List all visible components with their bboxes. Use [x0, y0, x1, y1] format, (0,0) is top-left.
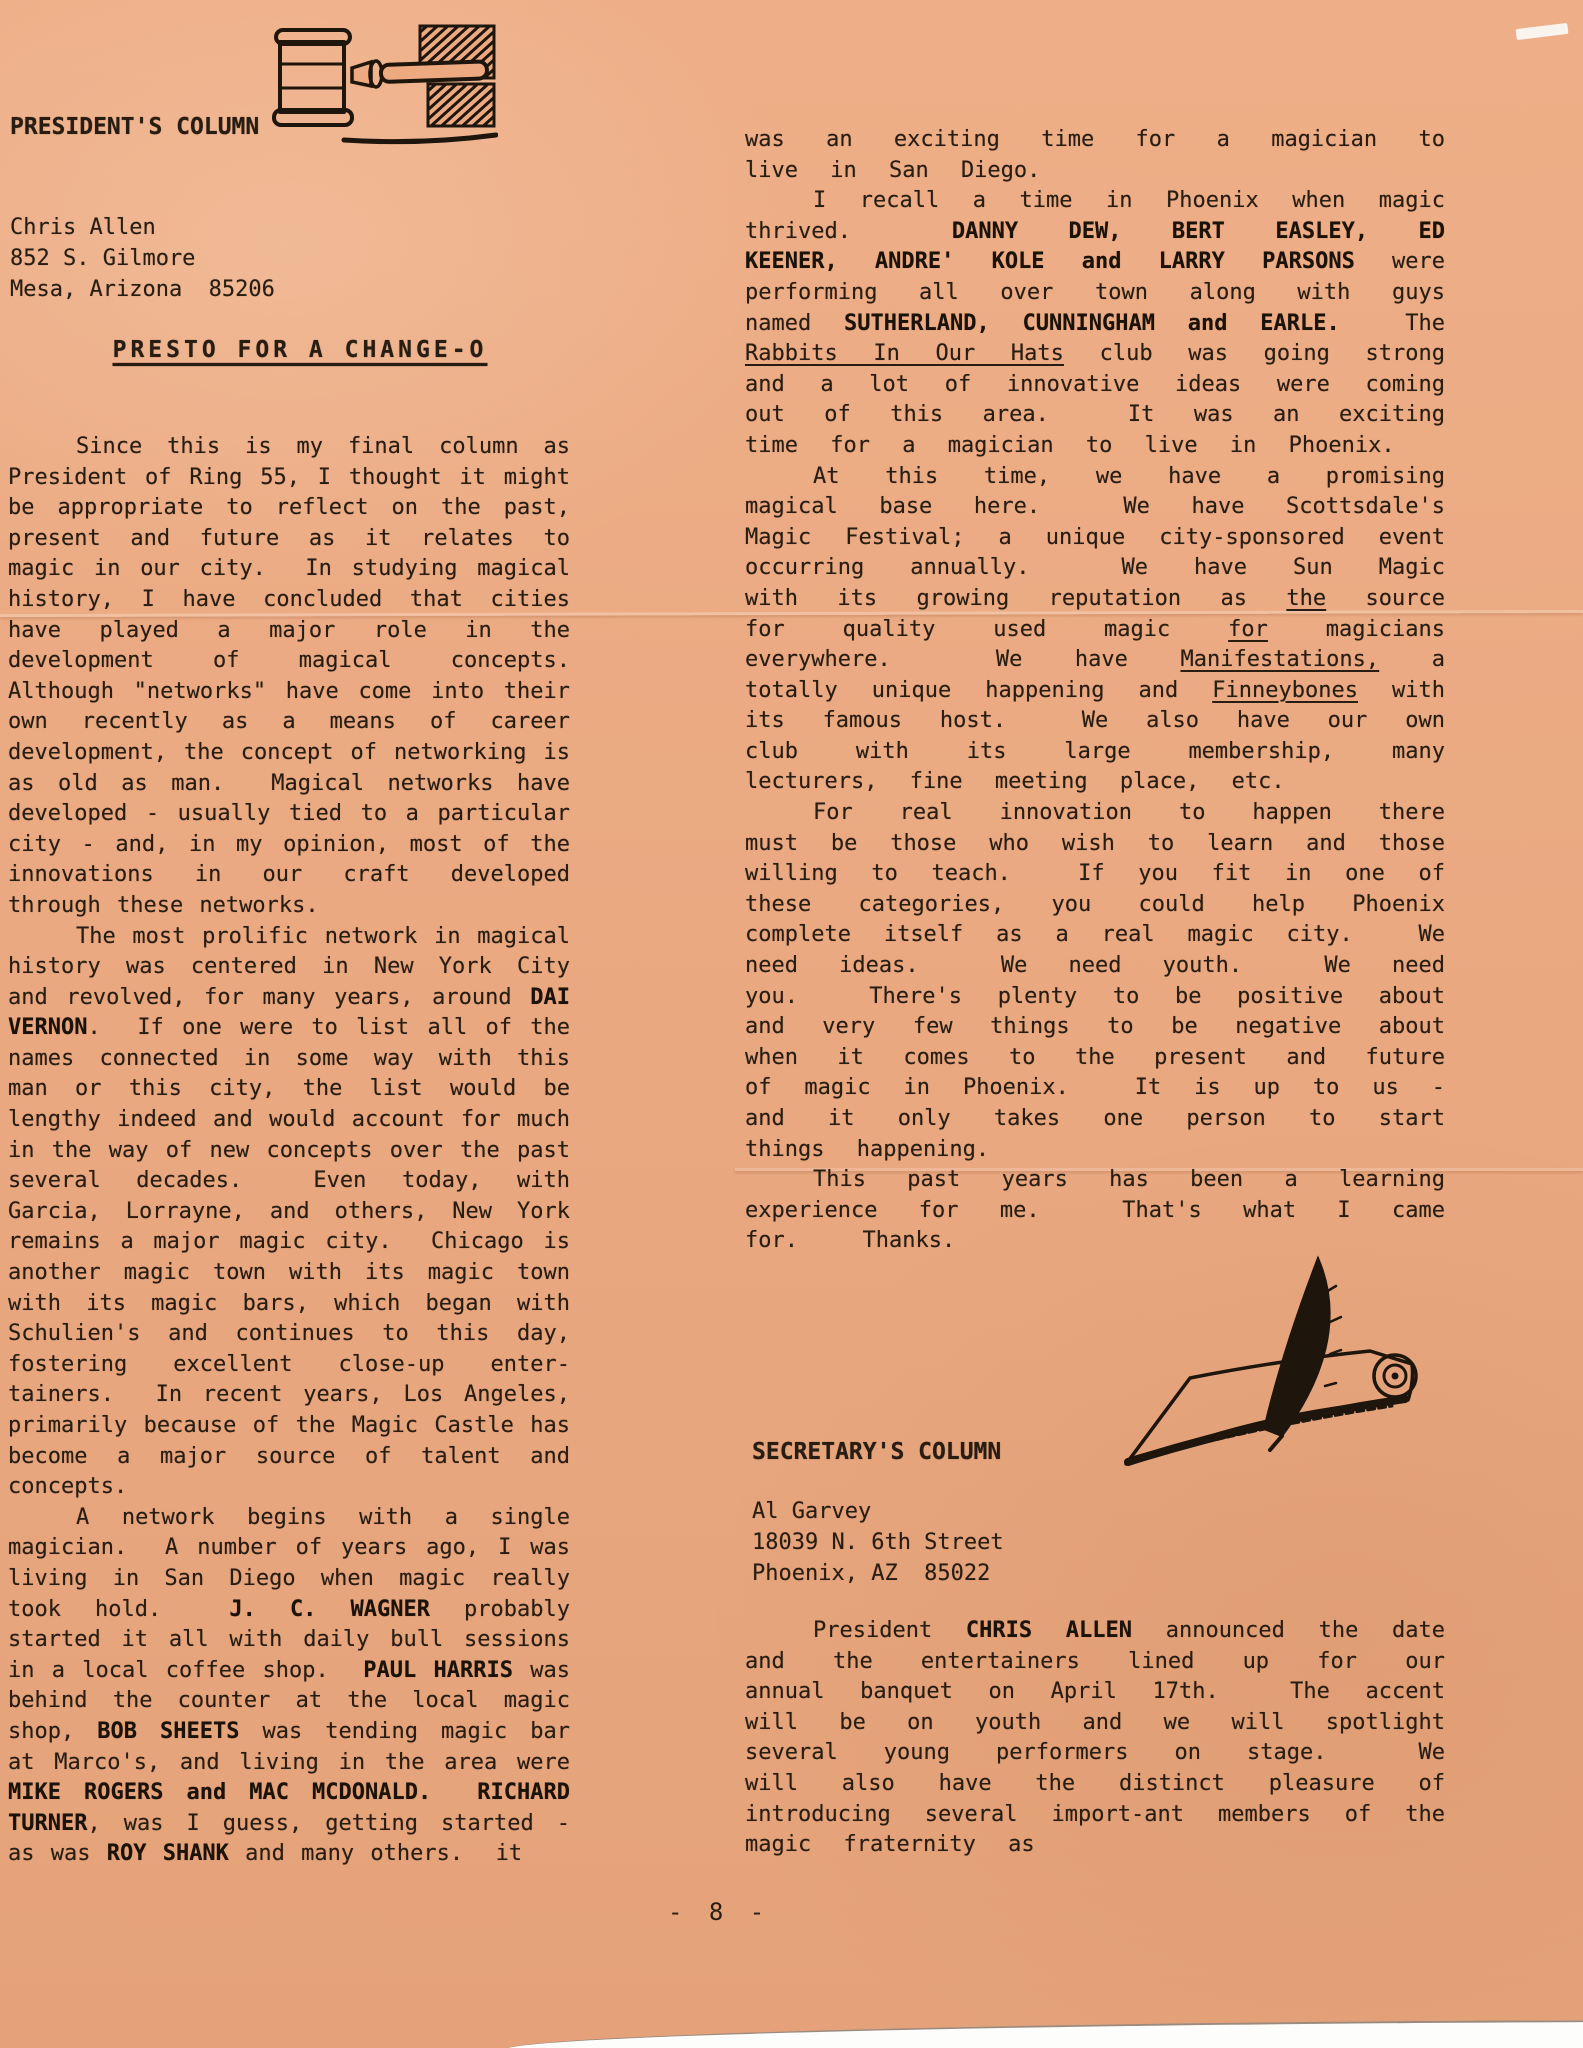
- president-author-street: 852 S. Gilmore: [10, 243, 275, 274]
- paragraph: I recall a time in Phoenix when magic th…: [745, 186, 1445, 461]
- paragraph: At this time, we have a promising magica…: [745, 462, 1445, 799]
- president-author-name: Chris Allen: [10, 212, 275, 243]
- paragraph: Since this is my final column as Preside…: [8, 432, 570, 922]
- president-author-city: Mesa, Arizona 85206: [10, 274, 275, 305]
- page-number: - 8 -: [668, 1898, 770, 1926]
- secretary-author-street: 18039 N. 6th Street: [752, 1527, 1004, 1558]
- president-column-continued: was an exciting time for a magician to l…: [745, 125, 1445, 1257]
- paragraph: The most prolific network in magical his…: [8, 922, 570, 1503]
- paragraph: A network begins with a single magician.…: [8, 1503, 570, 1870]
- secretary-author-city: Phoenix, AZ 85022: [752, 1558, 1004, 1589]
- president-column-body: Since this is my final column as Preside…: [8, 432, 570, 1870]
- secretary-author-block: Al Garvey 18039 N. 6th Street Phoenix, A…: [752, 1496, 1004, 1589]
- secretary-column-body: President CHRIS ALLEN announced the date…: [745, 1616, 1445, 1861]
- scan-edge-bottom: [505, 2020, 1583, 2048]
- sound-block-bottom: [428, 84, 494, 126]
- article-heading: PRESTO FOR A CHANGE-O: [0, 337, 600, 363]
- paragraph: President CHRIS ALLEN announced the date…: [745, 1616, 1445, 1861]
- gavel-illustration: [270, 24, 498, 146]
- paragraph: For real innovation to happen there must…: [745, 798, 1445, 1165]
- secretary-column-title: SECRETARY'S COLUMN: [752, 1437, 1252, 1468]
- president-column-title: PRESIDENT'S COLUMN: [10, 112, 260, 143]
- secretary-author-name: Al Garvey: [752, 1496, 1004, 1527]
- scan-tear-mark: [1516, 23, 1569, 40]
- newsletter-page: { "page": { "number_label": "- 8 -", "pa…: [0, 0, 1583, 2048]
- president-author-block: Chris Allen 852 S. Gilmore Mesa, Arizona…: [10, 212, 275, 305]
- paragraph: was an exciting time for a magician to l…: [745, 125, 1445, 186]
- paragraph: This past years has been a learning expe…: [745, 1165, 1445, 1257]
